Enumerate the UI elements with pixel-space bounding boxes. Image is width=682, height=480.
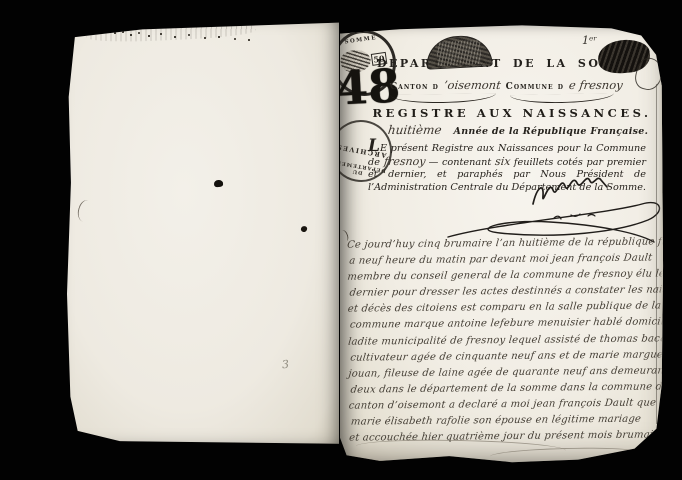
fiscal-stamp-region: SOMME	[332, 33, 390, 47]
year-printed-label: Année de la République Française.	[454, 126, 649, 137]
canton-commune-line: Canton d ’oisemont Commune d e fresnoy	[390, 78, 650, 92]
flourish-underline	[510, 93, 614, 104]
page-fold-line	[656, 84, 657, 424]
canton-label: Canton d	[390, 82, 439, 92]
ink-blot	[300, 225, 308, 233]
ink-blot	[214, 180, 224, 188]
left-blank-page: 3	[58, 20, 339, 448]
year-handwritten-value: huitième	[387, 123, 442, 137]
embossed-dome-stamp-core	[436, 40, 481, 66]
embossed-dome-stamp	[425, 34, 493, 69]
preamble-dropcap: L	[368, 136, 380, 156]
year-line: huitième Année de la République Français…	[388, 123, 648, 137]
handwritten-act: Ce jourd’huy cinq brumaire l’an huitième…	[347, 234, 671, 447]
preamble-folios-handwritten: six	[494, 156, 511, 169]
register-title-page: SOMME 50 48 DU DÉPARTEMENT ARCHIVES DÉPA…	[340, 24, 671, 464]
register-title: REGISTRE AUX NAISSANCES.	[372, 106, 652, 120]
scanned-register-spread: 3 SOMME 50 48 DU DÉPARTEMENT ARCHIVES DÉ…	[0, 0, 682, 480]
page-edge	[659, 64, 667, 446]
preamble-text: — contenant	[425, 157, 495, 168]
canton-handwritten-value: ’oisemont	[443, 78, 502, 92]
flourish-underline	[390, 93, 496, 104]
preamble-commune-handwritten: fresnoy	[383, 156, 426, 169]
paper-smudge	[86, 20, 257, 43]
commune-handwritten-value: e fresnoy	[568, 78, 623, 92]
ink-speckles	[108, 30, 110, 32]
pen-stroke-mark	[75, 198, 96, 224]
commune-label: Commune d	[506, 82, 564, 92]
handwritten-page-note: 1ᵉʳ	[582, 34, 597, 47]
pencil-annotation: 3	[281, 358, 289, 372]
